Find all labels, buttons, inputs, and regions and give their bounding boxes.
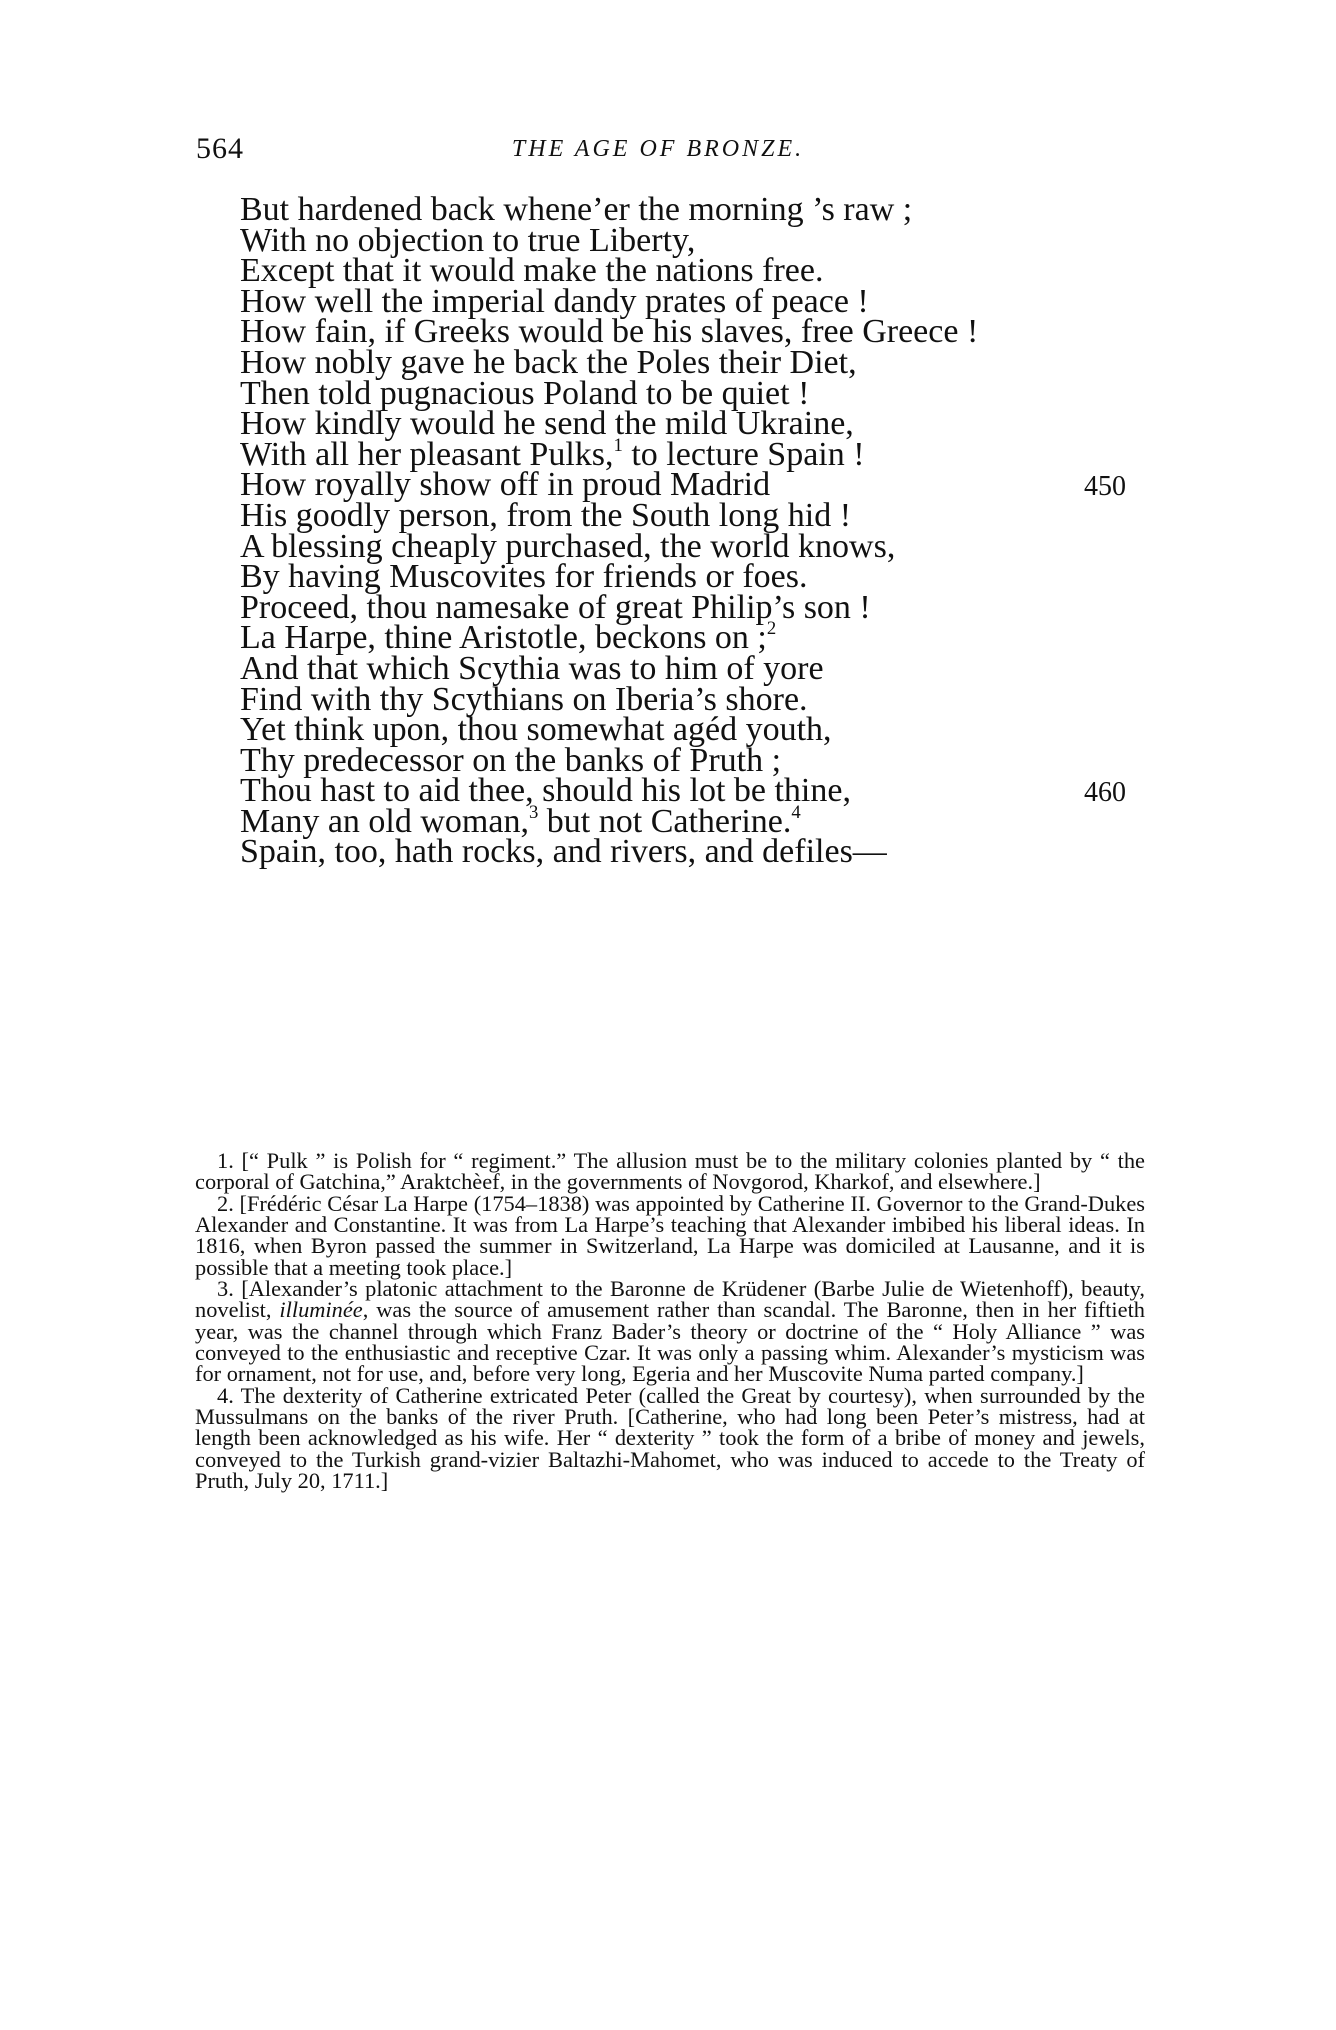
running-head: THE AGE OF BRONZE. [0, 136, 1336, 163]
line-number: 460 [1084, 778, 1126, 809]
footnote-text: [“ Pulk ” is Polish for “ regiment.” The… [195, 1148, 1145, 1194]
running-title: THE AGE OF BRONZE. [512, 136, 804, 163]
verse-text: Spain, too, hath rocks, and rivers, and … [240, 833, 887, 870]
footnote-4: 4. The dexterity of Catherine extricated… [195, 1385, 1145, 1492]
verse-line: Spain, too, hath rocks, and rivers, and … [240, 837, 1140, 868]
footnote-2: 2. [Frédéric César La Harpe (1754–1838) … [195, 1193, 1145, 1278]
footnote-text: [Frédéric César La Harpe (1754–1838) was… [195, 1191, 1145, 1280]
footnote-3: 3. [Alexander’s platonic attachment to t… [195, 1278, 1145, 1385]
footnote-ref-4[interactable]: 4 [791, 802, 800, 823]
footnote-ref-1[interactable]: 1 [614, 435, 623, 456]
footnotes: 1. [“ Pulk ” is Polish for “ regiment.” … [195, 1150, 1145, 1492]
footnote-text: The dexterity of Catherine extricated Pe… [195, 1383, 1145, 1493]
footnote-ref-2[interactable]: 2 [767, 618, 776, 639]
line-number: 450 [1084, 472, 1126, 503]
footnote-ref-3[interactable]: 3 [529, 802, 538, 823]
poem-body: But hardened back whene’er the morning ’… [240, 195, 1140, 868]
footnote-1: 1. [“ Pulk ” is Polish for “ regiment.” … [195, 1150, 1145, 1193]
